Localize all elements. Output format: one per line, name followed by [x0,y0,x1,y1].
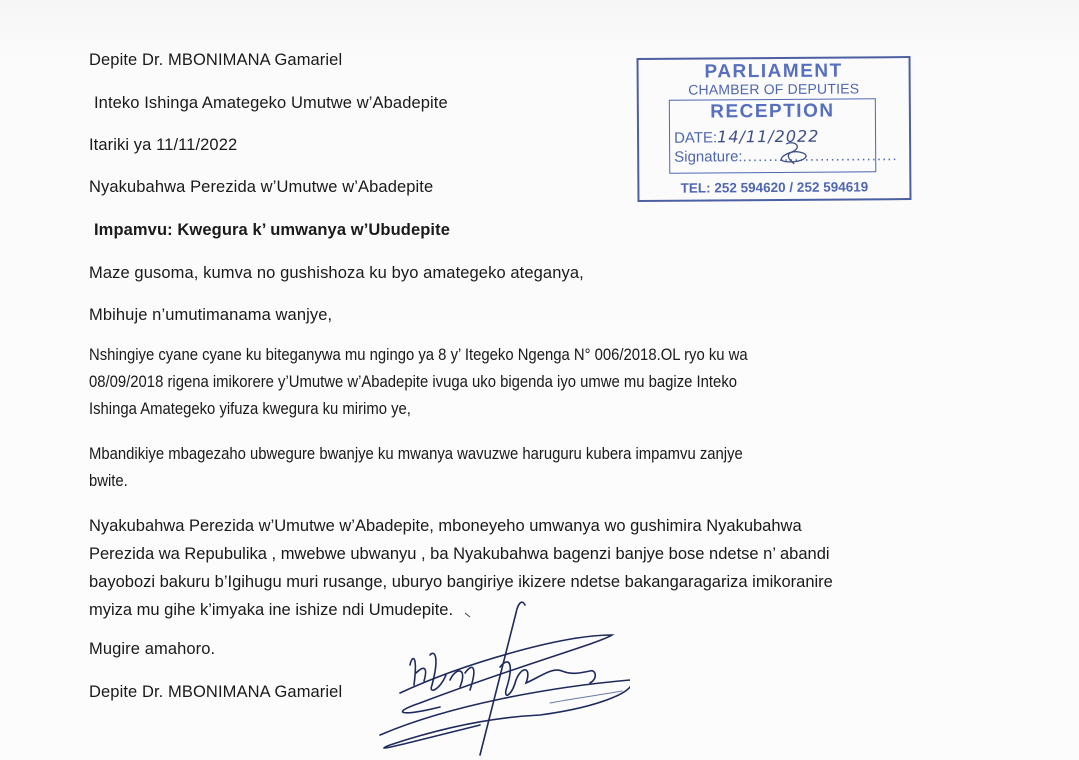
paragraph-4-line: bwite. [89,468,899,495]
paragraph-5-line: bayobozi bakuru b’Igihugu muri rusange, … [89,568,989,596]
closing: Mugire amahoro. [89,638,215,660]
paragraph-4: Mbandikiye mbagezaho ubwegure bwanjye ku… [89,441,899,495]
paragraph-5-line: Nyakubahwa Perezida w’Umutwe w’Abadepite… [89,512,989,540]
paragraph-1: Maze gusoma, kumva no gushishoza ku byo … [89,262,584,284]
stamp-inner-box: RECEPTION DATE:14/11/2022 Signature:....… [669,98,877,173]
paragraph-4-line: Mbandikiye mbagezaho ubwegure bwanjye ku… [89,441,899,468]
paragraph-3-line: Nshingiye cyane cyane ku biteganywa mu n… [89,342,899,369]
stamp-phone: TEL: 252 594620 / 252 594619 [639,179,909,196]
handwritten-signature-icon [300,595,630,760]
stamp-date-label: DATE: [674,129,717,146]
stamp-subtitle: CHAMBER OF DEPUTIES [639,80,909,98]
sender-institution: Inteko Ishinga Amategeko Umutwe w’Abadep… [94,92,448,114]
paragraph-3-line: 08/09/2018 rigena imikorere y’Umutwe w’A… [89,369,899,396]
sender-name: Depite Dr. MBONIMANA Gamariel [89,49,342,71]
letter-page: Depite Dr. MBONIMANA Gamariel Inteko Ish… [0,0,1079,760]
paragraph-2: Mbihuje n’umutimanama wanjye, [89,304,332,326]
stamp-section: RECEPTION [670,100,875,123]
recipient: Nyakubahwa Perezida w’Umutwe w’Abadepite [89,176,433,198]
reception-stamp: PARLIAMENT CHAMBER OF DEPUTIES RECEPTION… [637,56,912,202]
subject-line: Impamvu: Kwegura k’ umwanya w’Ubudepite [94,219,450,241]
stamp-signature: Signature:.............................. [674,147,898,166]
paragraph-3-line: Ishinga Amategeko yifuza kwegura ku miri… [89,396,899,423]
paragraph-5-line: Perezida wa Repubulika , mwebwe ubwanyu … [89,540,989,568]
stamp-initials-icon [766,140,816,166]
paragraph-3: Nshingiye cyane cyane ku biteganywa mu n… [89,342,899,423]
stamp-signature-label: Signature: [674,148,743,165]
letter-date: Itariki ya 11/11/2022 [89,134,237,156]
